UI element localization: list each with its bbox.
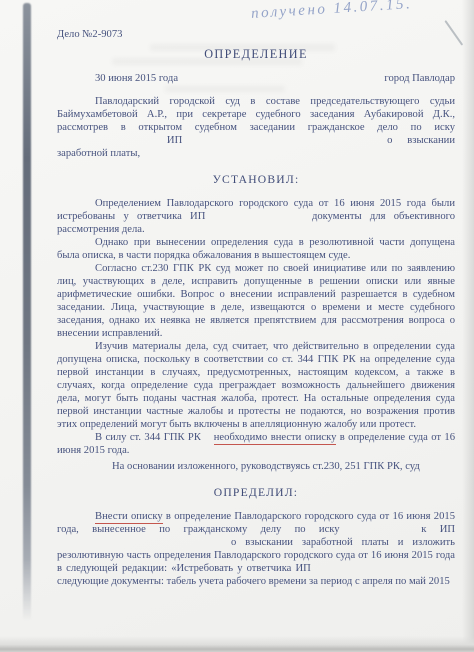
document-city: город Павлодар [384,72,455,85]
redacted-defendant-name [57,538,222,545]
established-paragraph-6: На основании изложенного, руководствуясь… [57,460,455,473]
redacted-defendant-name [214,212,304,219]
determined-heading: ОПРЕДЕЛИЛ: [57,486,455,499]
paper-bottom-edge-shade [0,636,474,652]
handwritten-received-note: получено 14.07.15. [250,0,412,23]
intro-entity: ИП [167,135,182,146]
established-paragraph-3: Согласно ст.230 ГПК РК суд может по свое… [57,262,455,340]
case-number: Дело №2-9073 [57,28,455,41]
date-city-row: 30 июня 2015 года город Павлодар [57,72,455,85]
established-p5-pre: В силу ст. 344 ГПК РК [95,432,201,443]
established-paragraph-1: Определением Павлодарского городского су… [57,197,455,236]
determined-k-ip: к ИП [421,524,455,535]
intro-paragraph: Павлодарский городской суд в составе пре… [57,95,455,160]
intro-text: Павлодарский городской суд в составе пре… [57,96,455,133]
determined-paragraph: Внести описку в определение Павлодарског… [57,510,455,588]
red-underlined-phrase: необходимо внести описку [214,432,337,445]
scanned-court-document-page: получено 14.07.15. Дело №2-9073 ОПРЕДЕЛЕ… [0,0,474,652]
intro-conjunction: о [387,135,392,146]
paper-right-edge-shade [462,0,474,652]
scan-shadow-left-edge [23,3,31,621]
redacted-defendant-name [197,136,372,143]
redacted-defendant-name [315,564,455,571]
red-underlined-phrase: Внести описку [95,511,163,524]
redacted-plaintiff-name [57,136,152,143]
document-title: ОПРЕДЕЛЕНИЕ [57,48,455,61]
document-body: Дело №2-9073 ОПРЕДЕЛЕНИЕ 30 июня 2015 го… [57,28,455,588]
established-paragraph-5: В силу ст. 344 ГПК РК необходимо внести … [57,431,455,457]
determined-seg3: следующие документы: табель учета рабоче… [57,576,450,587]
established-heading: УСТАНОВИЛ: [57,173,455,186]
established-paragraph-4: Изучив материалы дела, суд считает, что … [57,340,455,431]
redacted-plaintiff-name [353,525,408,532]
document-date: 30 июня 2015 года [95,72,178,85]
established-paragraph-2: Однако при вынесении определения суда в … [57,236,455,262]
